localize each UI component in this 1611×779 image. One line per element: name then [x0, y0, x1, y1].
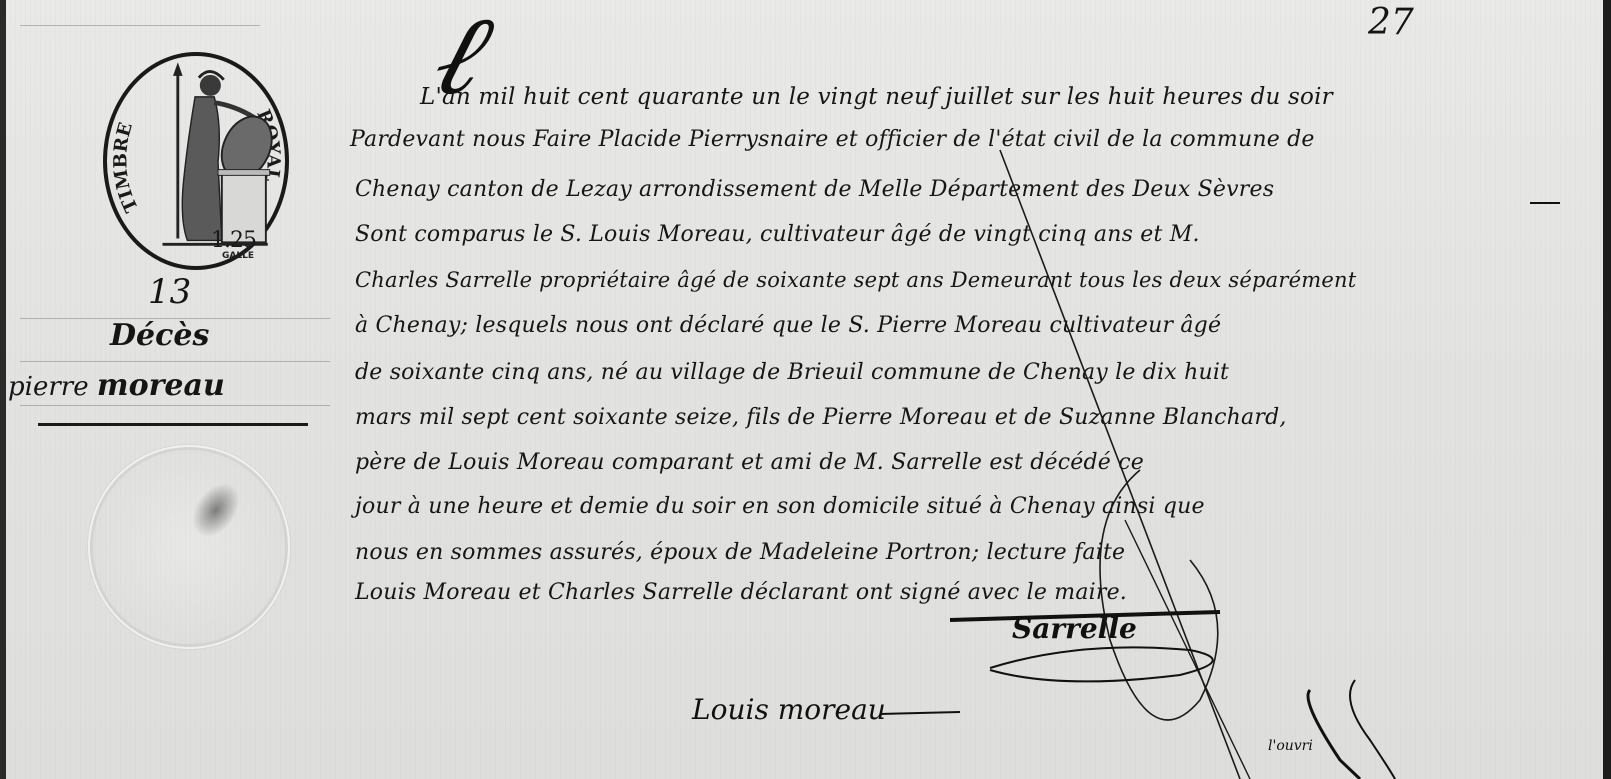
ruled-line: [20, 25, 260, 26]
stamp-price: 1.25: [211, 228, 256, 253]
body-line-6: à Chenay; lesquels nous ont déclaré que …: [355, 313, 1221, 338]
stamp-engraver: GALLE: [222, 251, 254, 261]
declarant-signature: Louis moreau: [692, 693, 886, 726]
ruled-line: [20, 361, 330, 362]
document-page: 27 TIMBRE ROYAL: [0, 0, 1611, 779]
body-line-12: Louis Moreau et Charles Sarrelle déclara…: [355, 580, 1127, 605]
signature-fragment: l'ouvri: [1268, 738, 1313, 754]
timbre-royal-stamp: TIMBRE ROYAL 1.25 GALLE: [103, 52, 289, 270]
svg-text:TIMBRE: TIMBRE: [110, 120, 143, 215]
body-line-8: mars mil sept cent soixante seize, fils …: [355, 405, 1287, 430]
record-type: Décès: [110, 318, 209, 353]
scan-left-edge: [0, 0, 6, 779]
scan-right-edge: [1603, 0, 1611, 779]
margin-underline: [38, 423, 308, 426]
body-line-11: nous en sommes assurés, époux de Madelei…: [355, 540, 1125, 565]
deceased-name: pierre moreau: [8, 368, 225, 403]
body-line-3: Chenay canton de Lezay arrondissement de…: [355, 177, 1274, 202]
body-line-5: Charles Sarrelle propriétaire âgé de soi…: [355, 268, 1356, 292]
body-line-7: de soixante cinq ans, né au village de B…: [355, 360, 1229, 385]
official-signature: Sarrelle: [1012, 612, 1137, 645]
body-line-1: L'an mil huit cent quarante un le vingt …: [420, 84, 1333, 110]
deceased-first-name: pierre: [8, 372, 89, 402]
body-line-4: Sont comparus le S. Louis Moreau, cultiv…: [355, 222, 1200, 247]
body-line-10: jour à une heure et demie du soir en son…: [355, 494, 1205, 519]
body-line-2: Pardevant nous Faire Placide Pierrysnair…: [350, 127, 1315, 152]
page-number: 27: [1368, 2, 1414, 43]
deceased-surname: moreau: [97, 368, 225, 403]
ruled-line: [20, 405, 330, 406]
record-number: 13: [148, 272, 191, 312]
stamp-figure-icon: TIMBRE ROYAL: [107, 56, 285, 266]
body-line-9: père de Louis Moreau comparant et ami de…: [355, 450, 1144, 475]
embossed-seal: [88, 445, 290, 649]
